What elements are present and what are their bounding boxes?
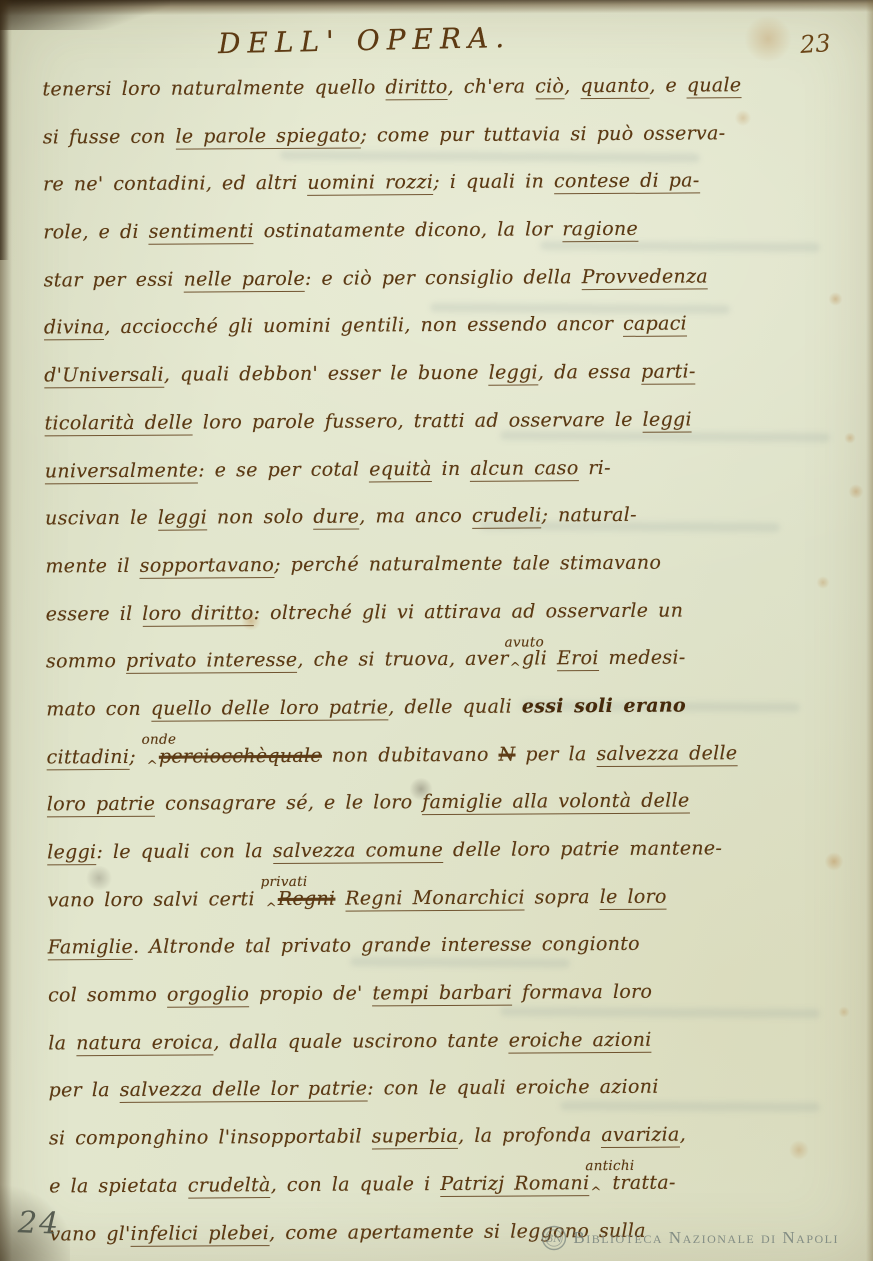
text-run: delle loro patrie mantene- xyxy=(443,837,722,861)
underlined-text: d'Universali xyxy=(44,364,164,389)
manuscript-line: si fusse con le parole spiegato; come pu… xyxy=(43,109,836,162)
underlined-text: universalmente xyxy=(45,459,198,484)
underlined-text: le loro xyxy=(600,885,667,909)
text-run: la xyxy=(48,1032,76,1054)
underlined-text: diritto xyxy=(385,76,447,100)
text-run: role, e di xyxy=(43,221,148,244)
underlined-text: ciò xyxy=(535,75,564,99)
text-run: col sommo xyxy=(48,984,167,1007)
text-run: essi soli erano xyxy=(522,694,686,717)
underlined-text: Famiglie xyxy=(48,936,133,961)
underlined-text: famiglie alla volontà delle xyxy=(422,790,689,816)
text-run: ; xyxy=(129,745,146,767)
underlined-text: leggi xyxy=(643,408,692,432)
text-run: essere il xyxy=(46,602,143,625)
manuscript-line: divina, acciocché gli uomini gentili, no… xyxy=(44,300,837,353)
text-run: re ne' contadini, ed altri xyxy=(43,172,307,196)
manuscript-line: col sommo orgoglio propio de' tempi barb… xyxy=(48,968,841,1021)
text-run: non solo xyxy=(207,506,313,529)
underlined-text: Regni Monarchici xyxy=(345,886,525,911)
underlined-text: uomini rozzi xyxy=(307,171,433,196)
underlined-text: loro diritto xyxy=(142,602,253,627)
struck-text: Regni xyxy=(278,887,336,909)
text-run: , dalla quale uscirono tante xyxy=(213,1029,509,1053)
underlined-text: dure xyxy=(313,506,359,530)
manuscript-line: si componghino l'insopportabil superbia,… xyxy=(49,1111,842,1164)
underlined-text: salvezza delle lor patrie xyxy=(120,1078,368,1104)
text-run: . Altronde tal privato grande interesse … xyxy=(133,933,640,958)
text-run: : oltreché gli vi attirava ad osservarle… xyxy=(253,599,683,624)
text-run: , con la quale i xyxy=(271,1173,441,1196)
manuscript-line: universalmente: e se per cotal equità in… xyxy=(45,443,838,496)
inserted-word: antichi xyxy=(585,1160,634,1174)
underlined-text: tempi barbari xyxy=(372,982,512,1007)
text-run: , delle quali xyxy=(388,695,522,718)
underlined-text: cittadini xyxy=(47,746,130,771)
underlined-text: crudeli xyxy=(472,505,542,529)
underlined-text: Patrizj Romani xyxy=(440,1172,589,1197)
underlined-text: parti- xyxy=(641,361,696,385)
manuscript-line: vano loro salvi certi privatiRegni Regni… xyxy=(47,872,840,925)
text-run: , ch'era xyxy=(448,75,536,98)
text-run: , e xyxy=(649,74,687,96)
page-edge-left-dark xyxy=(0,0,9,260)
text-run: uscivan le xyxy=(45,507,158,530)
text-run: sopra xyxy=(525,886,600,908)
text-run: , acciocché gli uomini gentili, non esse… xyxy=(104,313,623,338)
underlined-text: Eroi xyxy=(557,647,599,671)
paper-stain xyxy=(848,484,864,499)
underlined-text: quale xyxy=(687,74,742,98)
manuscript-line: la natura eroica, dalla quale uscirono t… xyxy=(48,1015,841,1068)
manuscript-line: e la spietata crudeltà, con la quale i P… xyxy=(49,1158,842,1211)
text-run: , xyxy=(680,1124,686,1146)
text-run: tenersi loro naturalmente quello xyxy=(42,76,385,100)
underlined-text: infelici plebei xyxy=(131,1222,270,1247)
manuscript-line: mato con quello delle loro patrie, delle… xyxy=(46,682,839,735)
text-run: si fusse con xyxy=(43,125,176,148)
text-run: ri- xyxy=(578,456,610,478)
underlined-text: nelle parole xyxy=(184,268,306,293)
struck-text: perciocchèquale xyxy=(159,744,322,767)
inserted-word: onde xyxy=(142,734,177,748)
underlined-text: sentimenti xyxy=(149,220,254,245)
text-run: star per essi xyxy=(44,268,184,291)
text-run: ; come pur tuttavia si può osserva- xyxy=(360,122,725,146)
manuscript-line: per la salvezza delle lor patrie: con le… xyxy=(48,1063,841,1116)
text-run: ; i quali in xyxy=(433,171,554,194)
text-run: sommo xyxy=(46,650,126,672)
underlined-text: contese di pa- xyxy=(554,170,700,195)
manuscript-line: re ne' contadini, ed altri uomini rozzi;… xyxy=(43,157,836,210)
text-run: , ma anco xyxy=(359,505,472,528)
underlined-text: avarizia xyxy=(601,1124,680,1148)
folio-number: 24 xyxy=(17,1205,60,1241)
underlined-text: superbia xyxy=(372,1125,459,1150)
bnn-monogram-icon: BN xyxy=(541,1225,567,1251)
page-edge-right xyxy=(866,0,873,1261)
underlined-text: leggi xyxy=(158,507,207,531)
interlinear-insertion: avuto xyxy=(509,636,523,693)
inserted-word: privati xyxy=(261,876,308,890)
text-run: loro parole fussero, tratti ad osservare… xyxy=(193,409,643,434)
text-run: , xyxy=(564,75,580,97)
text-run: ; natural- xyxy=(541,504,636,527)
manuscript-line: d'Universali, quali debbon' esser le buo… xyxy=(44,348,837,401)
paper-stain xyxy=(844,432,856,444)
text-run: per la xyxy=(515,743,596,765)
manuscript-line: tenersi loro naturalmente quello diritto… xyxy=(42,62,835,115)
underlined-text: equità xyxy=(369,458,432,482)
text-run: mente il xyxy=(45,555,139,578)
text-run: : e ciò per consiglio della xyxy=(305,266,582,290)
text-run: , da essa xyxy=(538,361,641,384)
watermark-text: Biblioteca Nazionale di Napoli xyxy=(573,1228,839,1248)
text-run: ostinatamente dicono, la lor xyxy=(254,218,563,242)
text-run xyxy=(335,887,345,909)
underlined-text: alcun caso xyxy=(470,457,578,482)
text-run: in xyxy=(432,457,471,479)
manuscript-line: leggi: le quali con la salvezza comune d… xyxy=(47,825,840,878)
text-run: non dubitavano xyxy=(322,743,499,766)
text-run: per la xyxy=(49,1079,120,1101)
text-run: : con le quali eroiche azioni xyxy=(367,1076,659,1100)
interlinear-insertion: onde xyxy=(146,733,160,790)
manuscript-line: cittadini; ondeperciocchèquale non dubit… xyxy=(46,729,839,782)
page-title: DELL' OPERA. xyxy=(218,21,512,60)
page-number: 23 xyxy=(800,29,832,59)
underlined-text: quello delle loro patrie xyxy=(151,696,389,721)
library-watermark: BN Biblioteca Nazionale di Napoli xyxy=(541,1225,839,1251)
underlined-text: crudeltà xyxy=(188,1174,271,1199)
struck-text: N xyxy=(498,743,515,765)
text-run: formava loro xyxy=(512,981,652,1004)
text-run: , la profonda xyxy=(458,1124,601,1147)
text-run: gli xyxy=(522,648,557,670)
underlined-text: loro patrie xyxy=(47,793,156,818)
manuscript-page: DELL' OPERA. 23 tenersi loro naturalment… xyxy=(0,0,873,1261)
text-run: vano gl' xyxy=(49,1222,130,1244)
page-corner-dark xyxy=(0,0,170,30)
underlined-text: quanto xyxy=(580,75,649,99)
underlined-text: salvezza comune xyxy=(273,839,443,864)
manuscript-line: Famiglie. Altronde tal privato grande in… xyxy=(48,920,841,973)
underlined-text: leggi xyxy=(489,362,538,386)
svg-text:BN: BN xyxy=(545,1234,563,1245)
underlined-text: ragione xyxy=(562,218,638,242)
text-run: mato con xyxy=(46,698,151,721)
manuscript-text: tenersi loro naturalmente quello diritto… xyxy=(42,62,842,1259)
manuscript-line: ticolarità delle loro parole fussero, tr… xyxy=(44,395,837,448)
underlined-text: natura eroica xyxy=(76,1031,213,1056)
underlined-text: privato interesse xyxy=(126,649,298,674)
underlined-text: eroiche azioni xyxy=(509,1028,652,1053)
text-run: e la spietata xyxy=(49,1174,188,1197)
manuscript-line: uscivan le leggi non solo dure, ma anco … xyxy=(45,491,838,544)
manuscript-line: mente il sopportavano; perché naturalmen… xyxy=(45,538,838,591)
underlined-text: ticolarità delle xyxy=(44,411,193,436)
underlined-text: capaci xyxy=(623,313,687,337)
inserted-word: avuto xyxy=(505,636,545,650)
paper-stain xyxy=(742,16,794,62)
underlined-text: Provvedenza xyxy=(582,265,708,290)
text-run: : le quali con la xyxy=(96,840,273,863)
manuscript-line: loro patrie consagrare sé, e le loro fam… xyxy=(47,777,840,830)
manuscript-line: star per essi nelle parole: e ciò per co… xyxy=(44,252,837,305)
manuscript-line: sommo privato interesse, che si truova, … xyxy=(46,634,839,687)
manuscript-line: essere il loro diritto: oltreché gli vi … xyxy=(46,586,839,639)
manuscript-line: role, e di sentimenti ostinatamente dico… xyxy=(43,205,836,258)
interlinear-insertion: privati xyxy=(265,876,279,933)
text-run: propio de' xyxy=(249,982,372,1005)
text-run: si componghino l'insopportabil xyxy=(49,1126,372,1150)
interlinear-insertion: antichi xyxy=(589,1160,603,1217)
underlined-text: salvezza delle xyxy=(596,742,737,767)
text-run: consagrare sé, e le loro xyxy=(155,791,422,815)
underlined-text: orgoglio xyxy=(167,983,249,1008)
text-run: ; perché naturalmente tale stimavano xyxy=(274,552,661,576)
text-run: , quali debbon' esser le buone xyxy=(164,362,489,386)
underlined-text: divina xyxy=(44,316,105,340)
text-run: medesi- xyxy=(599,647,686,670)
underlined-text: le parole spiegato xyxy=(175,124,360,149)
underlined-text: sopportavano xyxy=(140,554,274,579)
text-run: vano loro salvi certi xyxy=(47,888,264,911)
underlined-text: leggi xyxy=(47,841,96,865)
text-run: : e se per cotal xyxy=(198,458,369,481)
text-run: tratta- xyxy=(603,1171,676,1193)
text-run: , che si truova, aver xyxy=(297,648,508,671)
